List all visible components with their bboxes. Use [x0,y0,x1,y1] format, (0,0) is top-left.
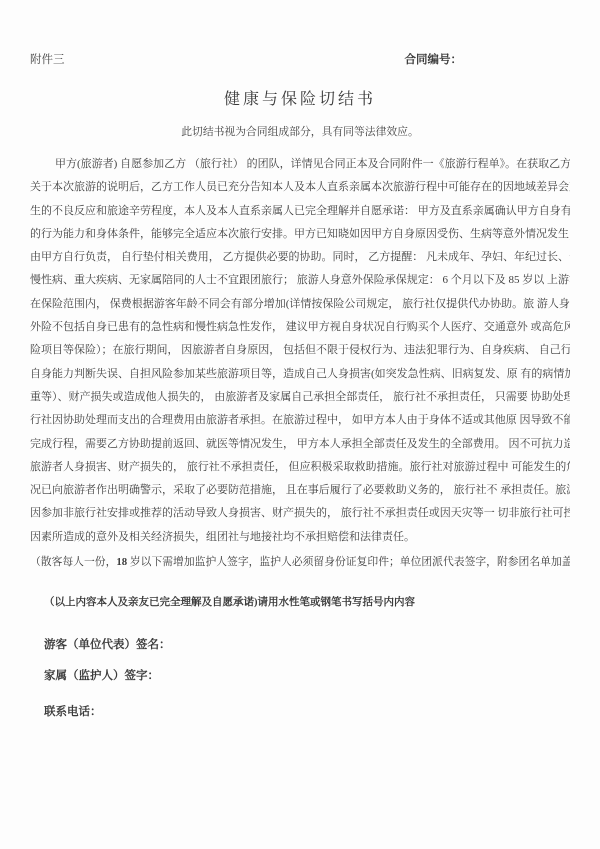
pen-instruction: （以上内容本人及亲友已完全理解及自愿承诺)请用水性笔或钢笔书写括号内内容 [44,595,570,610]
body-line: 由甲方自行负责， 自行垫付相关费用， 乙方提供必要的协助。同时， 乙方提醒： 凡… [30,246,570,269]
contract-number-label: 合同编号： [405,52,463,68]
document-header: 附件三 合同编号： [30,52,570,68]
signing-notice-age: 18 [116,556,127,568]
signing-notice-suffix: 岁以下需增加监护人签字，监护人必须留身份证复印件；单位团派代表签字，附参团名单加… [127,556,570,568]
body-line: 自身能力判断失误、自担风险参加某些旅游项目等，造成自己人身损害(如突发急性病、旧… [30,363,570,386]
body-line: 况已向旅游者作出明确警示，采取了必要防范措施， 且在事后履行了必要救助义务的， … [30,479,570,502]
body-line: 重等）、财产损失或造成他人损失的， 由旅游者及家属自己承担全部责任， 旅行社不承… [30,386,570,409]
signing-notice-prefix: （散客每人一份， [30,556,116,568]
body-line: 在保险范围内， 保费根据游客年龄不同会有部分增加(详情按保险公司规定， 旅行社仅… [30,293,570,316]
body-line: 因参加非旅行社安排或推荐的活动导致人身损害、财产损失的， 旅行社不承担责任或因天… [30,502,570,525]
body-line: 慢性病、重大疾病、无家属陪同的人士不宜跟团旅行； 旅游人身意外保险承保规定： 6… [30,269,570,292]
attachment-label: 附件三 [30,52,65,68]
body-line: 旅游者人身损害、财产损失的， 旅行社不承担责任， 但应积极采取救助措施。旅行社对… [30,456,570,479]
document-title: 健康与保险切结书 [30,88,570,112]
contact-phone-label: 联系电话： [44,705,570,720]
body-line: 关于本次旅游的说明后，乙方工作人员已充分告知本人及本人直系亲属本次旅游行程中可能… [30,176,570,199]
signing-notice: （散客每人一份，18 岁以下需增加监护人签字，监护人必须留身份证复印件；单位团派… [30,555,570,570]
guardian-signature-label: 家属（监护人）签字： [44,669,570,684]
body-line: 的行为能力和身体条件，能够完全适应本次旅行安排。甲方已知晓如因甲方自身原因受伤、… [30,223,570,246]
body-line: 完成行程，需要乙方协助提前返回、就医等情况发生， 甲方本人承担全部责任及发生的全… [30,433,570,456]
waiver-document-page: 附件三 合同编号： 健康与保险切结书 此切结书视为合同组成部分，具有同等法律效应… [0,0,600,849]
body-line: 因素所造成的意外及相关经济损失，组团社与地接社均不承担赔偿和法律责任。 [30,526,570,549]
body-line: 行社因协助处理而支出的合理费用由旅游者承担。在旅游过程中， 如甲方本人由于身体不… [30,409,570,432]
waiver-body-text: 甲方(旅游者) 自愿参加乙方 （旅行社） 的团队，详情见合同正本及合同附件一《旅… [30,153,570,549]
body-line: 生的不良反应和旅途辛劳程度，本人及本人直系亲属人已完全理解并自愿承诺： 甲方及直… [30,200,570,223]
document-subtitle: 此切结书视为合同组成部分，具有同等法律效应。 [30,125,570,140]
body-line: 甲方(旅游者) 自愿参加乙方 （旅行社） 的团队，详情见合同正本及合同附件一《旅… [30,153,570,176]
body-line: 外险不包括自身已患有的急性病和慢性病急性发作， 建议甲方视自身状况自行购买个人医… [30,316,570,339]
tourist-signature-label: 游客（单位代表）签名： [44,638,570,653]
body-line: 险项目等保险）；在旅行期间， 因旅游者自身原因， 包括但不限于侵权行为、违法犯罪… [30,339,570,362]
